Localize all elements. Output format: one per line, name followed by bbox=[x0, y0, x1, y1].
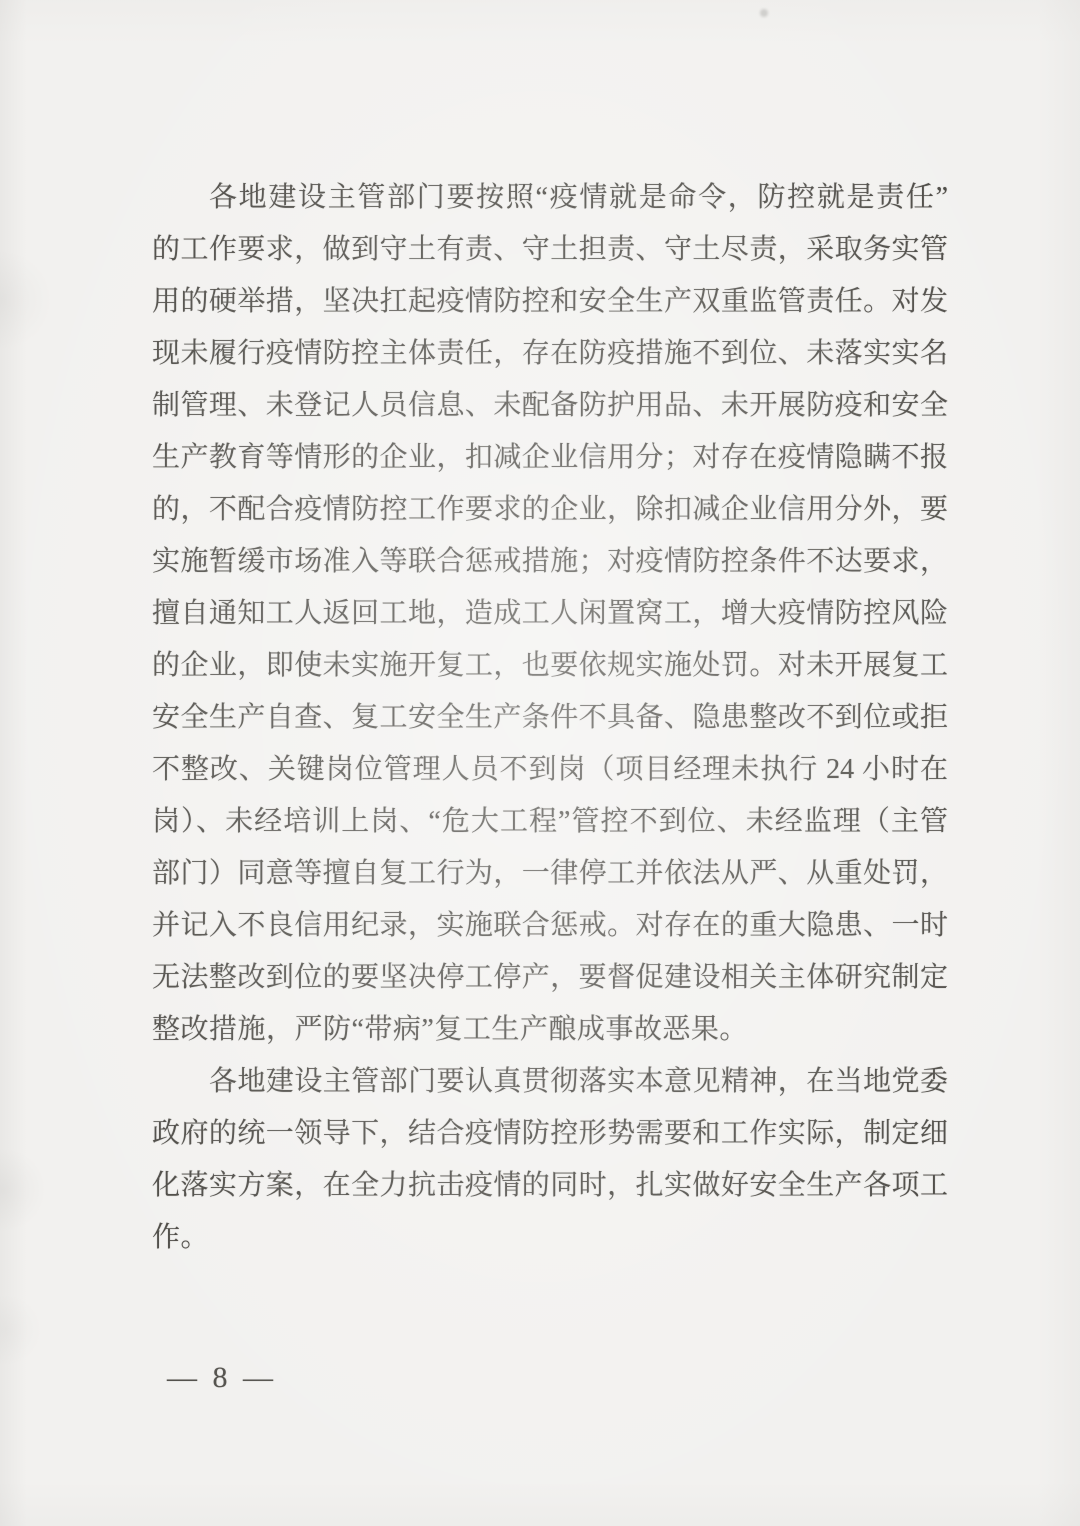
scanned-document-page: 各地建设主管部门要按照“疫情就是命令，防控就是责任” 的工作要求，做到守土有责、… bbox=[0, 0, 1080, 1526]
text-line: 的工作要求，做到守土有责、守土担责、守土尽责，采取务实管 bbox=[152, 224, 948, 276]
text-line: 擅自通知工人返回工地，造成工人闲置窝工，增大疫情防控风险 bbox=[152, 588, 948, 640]
text-line: 作。 bbox=[152, 1212, 948, 1264]
text-line: 的企业，即使未实施开复工，也要依规实施处罚。对未开展复工 bbox=[152, 640, 948, 692]
text-line: 整改措施，严防“带病”复工生产酿成事故恶果。 bbox=[152, 1004, 948, 1056]
text-line: 各地建设主管部门要认真贯彻落实本意见精神，在当地党委 bbox=[152, 1056, 948, 1108]
text-line: 并记入不良信用纪录，实施联合惩戒。对存在的重大隐患、一时 bbox=[152, 900, 948, 952]
text-line: 各地建设主管部门要按照“疫情就是命令，防控就是责任” bbox=[152, 172, 948, 224]
text-line: 化落实方案，在全力抗击疫情的同时，扎实做好安全生产各项工 bbox=[152, 1160, 948, 1212]
text-line: 现未履行疫情防控主体责任，存在防疫措施不到位、未落实实名 bbox=[152, 328, 948, 380]
page-number: — 8 — bbox=[167, 1358, 273, 1398]
text-line: 不整改、关键岗位管理人员不到岗（项目经理未执行 24 小时在 bbox=[152, 744, 948, 796]
text-line: 用的硬举措，坚决扛起疫情防控和安全生产双重监管责任。对发 bbox=[152, 276, 948, 328]
scan-speck-artifact bbox=[760, 9, 768, 17]
text-line: 部门）同意等擅自复工行为，一律停工并依法从严、从重处罚， bbox=[152, 848, 948, 900]
paragraph-2: 各地建设主管部门要认真贯彻落实本意见精神，在当地党委 政府的统一领导下，结合疫情… bbox=[152, 1056, 948, 1264]
text-line: 岗）、未经培训上岗、“危大工程”管控不到位、未经监理（主管 bbox=[152, 796, 948, 848]
text-line: 的，不配合疫情防控工作要求的企业，除扣减企业信用分外，要 bbox=[152, 484, 948, 536]
text-line: 政府的统一领导下，结合疫情防控形势需要和工作实际，制定细 bbox=[152, 1108, 948, 1160]
document-body: 各地建设主管部门要按照“疫情就是命令，防控就是责任” 的工作要求，做到守土有责、… bbox=[152, 172, 948, 1264]
text-line: 生产教育等情形的企业，扣减企业信用分；对存在疫情隐瞒不报 bbox=[152, 432, 948, 484]
paragraph-1: 各地建设主管部门要按照“疫情就是命令，防控就是责任” 的工作要求，做到守土有责、… bbox=[152, 172, 948, 1056]
text-line: 制管理、未登记人员信息、未配备防护用品、未开展防疫和安全 bbox=[152, 380, 948, 432]
text-line: 无法整改到位的要坚决停工停产，要督促建设相关主体研究制定 bbox=[152, 952, 948, 1004]
text-line: 安全生产自查、复工安全生产条件不具备、隐患整改不到位或拒 bbox=[152, 692, 948, 744]
text-line: 实施暂缓市场准入等联合惩戒措施；对疫情防控条件不达要求， bbox=[152, 536, 948, 588]
